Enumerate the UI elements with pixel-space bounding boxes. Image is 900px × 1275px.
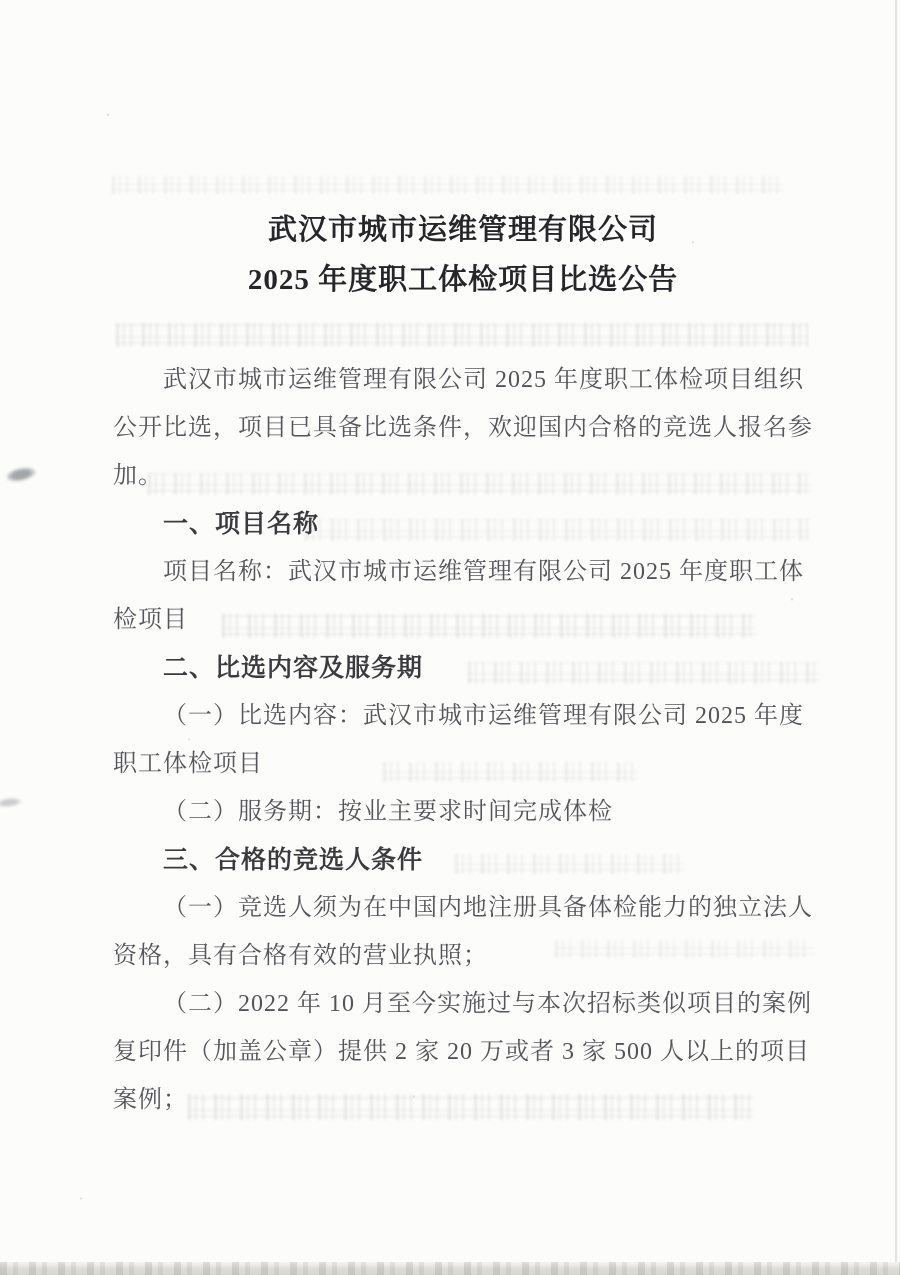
scan-edge-bottom (0, 1262, 900, 1275)
document-line: （二）服务期：按业主要求时间完成体检 (113, 788, 803, 836)
section-heading: 二、比选内容及服务期 (113, 644, 803, 692)
scanned-document-page: 武汉市城市运维管理有限公司 2025 年度职工体检项目比选公告 武汉市城市运维管… (0, 0, 900, 1275)
document-line: 职工体检项目 (113, 740, 803, 788)
document-line: 项目名称：武汉市城市运维管理有限公司 2025 年度职工体 (113, 548, 803, 596)
document-line: 案例； (113, 1076, 803, 1124)
bleed-through-text (112, 176, 784, 194)
document-line: 检项目 (113, 596, 803, 644)
document-title-line2: 2025 年度职工体检项目比选公告 (113, 255, 813, 305)
document-line: （一）竞选人须为在中国内地注册具备体检能力的独立法人 (113, 884, 803, 932)
document-line: 复印件（加盖公章）提供 2 家 20 万或者 3 家 500 人以上的项目 (113, 1028, 803, 1076)
ink-smudge (5, 465, 37, 484)
bleed-through-text (116, 323, 808, 347)
document-line: 公开比选，项目已具备比选条件，欢迎国内合格的竞选人报名参 (113, 404, 803, 452)
scan-edge-right (895, 0, 897, 1275)
document-body: 武汉市城市运维管理有限公司 2025 年度职工体检项目组织公开比选，项目已具备比… (113, 356, 803, 1124)
document-title: 武汉市城市运维管理有限公司 2025 年度职工体检项目比选公告 (113, 205, 813, 305)
ink-smudge (0, 797, 22, 809)
document-line: （二）2022 年 10 月至今实施过与本次招标类似项目的案例 (113, 980, 803, 1028)
document-line: （一）比选内容：武汉市城市运维管理有限公司 2025 年度 (113, 692, 803, 740)
document-title-line1: 武汉市城市运维管理有限公司 (113, 205, 813, 255)
document-line: 资格，具有合格有效的营业执照； (113, 932, 803, 980)
section-heading: 一、项目名称 (113, 500, 803, 548)
section-heading: 三、合格的竞选人条件 (113, 836, 803, 884)
document-line: 加。 (113, 452, 803, 500)
document-line: 武汉市城市运维管理有限公司 2025 年度职工体检项目组织 (113, 356, 803, 404)
